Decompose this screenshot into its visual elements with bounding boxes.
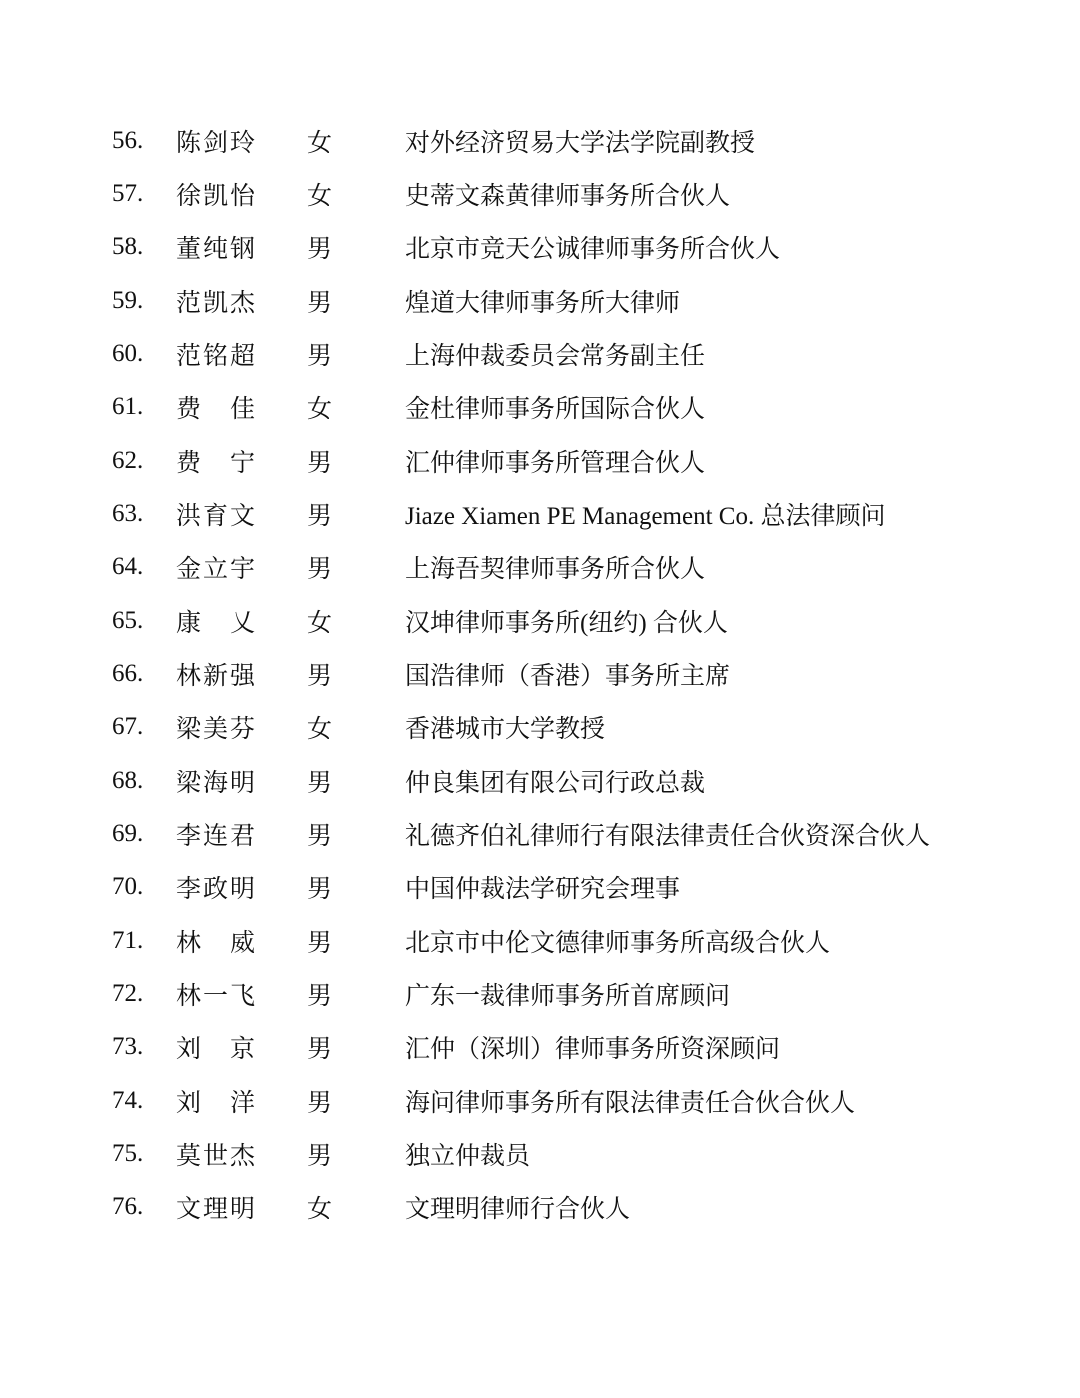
person-title: 国浩律师（香港）事务所主席	[405, 656, 1020, 692]
list-item: 59. 范凯杰 男 煌道大律师事务所大律师	[112, 274, 1020, 327]
person-name: 金立宇	[176, 549, 307, 585]
person-title: 金杜律师事务所国际合伙人	[405, 389, 1020, 425]
list-item: 76. 文理明 女 文理明律师行合伙人	[112, 1181, 1020, 1234]
person-title: 海问律师事务所有限法律责任合伙合伙人	[405, 1083, 1020, 1119]
person-gender: 男	[307, 976, 405, 1012]
person-title: 香港城市大学教授	[405, 709, 1020, 745]
row-number: 61.	[112, 393, 176, 421]
person-name: 李政明	[176, 869, 307, 905]
person-gender: 女	[307, 1189, 405, 1225]
person-name: 梁美芬	[176, 709, 307, 745]
person-gender: 男	[307, 229, 405, 265]
person-gender: 女	[307, 709, 405, 745]
list-item: 69. 李连君 男 礼德齐伯礼律师行有限法律责任合伙资深合伙人	[112, 807, 1020, 860]
person-name: 康 乂	[176, 603, 307, 639]
person-name: 范凯杰	[176, 283, 307, 319]
person-gender: 男	[307, 443, 405, 479]
row-number: 59.	[112, 287, 176, 315]
person-title: 礼德齐伯礼律师行有限法律责任合伙资深合伙人	[405, 816, 1020, 852]
list-item: 71. 林 威 男 北京市中伦文德律师事务所高级合伙人	[112, 914, 1020, 967]
row-number: 71.	[112, 927, 176, 955]
person-gender: 男	[307, 283, 405, 319]
person-title: 仲良集团有限公司行政总裁	[405, 763, 1020, 799]
row-number: 64.	[112, 553, 176, 581]
person-title: 北京市竞天公诚律师事务所合伙人	[405, 229, 1020, 265]
person-title: 上海吾契律师事务所合伙人	[405, 549, 1020, 585]
person-gender: 女	[307, 176, 405, 212]
roster-list: 56. 陈剑玲 女 对外经济贸易大学法学院副教授 57. 徐凯怡 女 史蒂文森黄…	[112, 114, 1020, 1234]
person-name: 梁海明	[176, 763, 307, 799]
person-name: 徐凯怡	[176, 176, 307, 212]
list-item: 57. 徐凯怡 女 史蒂文森黄律师事务所合伙人	[112, 167, 1020, 220]
person-name: 刘 京	[176, 1029, 307, 1065]
list-item: 67. 梁美芬 女 香港城市大学教授	[112, 701, 1020, 754]
person-gender: 男	[307, 656, 405, 692]
person-title: 独立仲裁员	[405, 1136, 1020, 1172]
person-title: 汉坤律师事务所(纽约) 合伙人	[405, 603, 1020, 639]
list-item: 75. 莫世杰 男 独立仲裁员	[112, 1127, 1020, 1180]
person-gender: 女	[307, 389, 405, 425]
person-title: 北京市中伦文德律师事务所高级合伙人	[405, 923, 1020, 959]
person-name: 林一飞	[176, 976, 307, 1012]
person-name: 费 宁	[176, 443, 307, 479]
list-item: 72. 林一飞 男 广东一裁律师事务所首席顾问	[112, 967, 1020, 1020]
person-gender: 男	[307, 816, 405, 852]
list-item: 58. 董纯钢 男 北京市竞天公诚律师事务所合伙人	[112, 221, 1020, 274]
person-title: 史蒂文森黄律师事务所合伙人	[405, 176, 1020, 212]
list-item: 64. 金立宇 男 上海吾契律师事务所合伙人	[112, 541, 1020, 594]
person-name: 莫世杰	[176, 1136, 307, 1172]
person-gender: 男	[307, 549, 405, 585]
person-gender: 女	[307, 603, 405, 639]
row-number: 72.	[112, 980, 176, 1008]
person-gender: 男	[307, 763, 405, 799]
person-name: 范铭超	[176, 336, 307, 372]
row-number: 70.	[112, 873, 176, 901]
row-number: 68.	[112, 767, 176, 795]
list-item: 66. 林新强 男 国浩律师（香港）事务所主席	[112, 647, 1020, 700]
list-item: 60. 范铭超 男 上海仲裁委员会常务副主任	[112, 327, 1020, 380]
row-number: 69.	[112, 820, 176, 848]
person-name: 费 佳	[176, 389, 307, 425]
person-gender: 男	[307, 923, 405, 959]
row-number: 60.	[112, 340, 176, 368]
person-title: 汇仲（深圳）律师事务所资深顾问	[405, 1029, 1020, 1065]
list-item: 65. 康 乂 女 汉坤律师事务所(纽约) 合伙人	[112, 594, 1020, 647]
person-name: 洪育文	[176, 496, 307, 532]
person-name: 林 威	[176, 923, 307, 959]
person-gender: 男	[307, 1029, 405, 1065]
person-title: 煌道大律师事务所大律师	[405, 283, 1020, 319]
list-item: 62. 费 宁 男 汇仲律师事务所管理合伙人	[112, 434, 1020, 487]
person-gender: 男	[307, 336, 405, 372]
list-item: 73. 刘 京 男 汇仲（深圳）律师事务所资深顾问	[112, 1021, 1020, 1074]
person-title: 汇仲律师事务所管理合伙人	[405, 443, 1020, 479]
person-gender: 女	[307, 123, 405, 159]
row-number: 65.	[112, 607, 176, 635]
list-item: 56. 陈剑玲 女 对外经济贸易大学法学院副教授	[112, 114, 1020, 167]
list-item: 74. 刘 洋 男 海问律师事务所有限法律责任合伙合伙人	[112, 1074, 1020, 1127]
document-page: 56. 陈剑玲 女 对外经济贸易大学法学院副教授 57. 徐凯怡 女 史蒂文森黄…	[0, 0, 1080, 1398]
person-gender: 男	[307, 1083, 405, 1119]
row-number: 66.	[112, 660, 176, 688]
person-gender: 男	[307, 1136, 405, 1172]
person-name: 董纯钢	[176, 229, 307, 265]
person-title: 广东一裁律师事务所首席顾问	[405, 976, 1020, 1012]
person-title: 上海仲裁委员会常务副主任	[405, 336, 1020, 372]
person-gender: 男	[307, 869, 405, 905]
person-name: 文理明	[176, 1189, 307, 1225]
row-number: 58.	[112, 233, 176, 261]
person-name: 李连君	[176, 816, 307, 852]
row-number: 73.	[112, 1033, 176, 1061]
person-name: 陈剑玲	[176, 123, 307, 159]
row-number: 75.	[112, 1140, 176, 1168]
list-item: 61. 费 佳 女 金杜律师事务所国际合伙人	[112, 381, 1020, 434]
person-gender: 男	[307, 496, 405, 532]
row-number: 74.	[112, 1087, 176, 1115]
row-number: 62.	[112, 447, 176, 475]
list-item: 70. 李政明 男 中国仲裁法学研究会理事	[112, 861, 1020, 914]
list-item: 63. 洪育文 男 Jiaze Xiamen PE Management Co.…	[112, 487, 1020, 540]
person-title: 对外经济贸易大学法学院副教授	[405, 123, 1020, 159]
person-title: Jiaze Xiamen PE Management Co. 总法律顾问	[405, 496, 1020, 532]
list-item: 68. 梁海明 男 仲良集团有限公司行政总裁	[112, 754, 1020, 807]
row-number: 67.	[112, 713, 176, 741]
person-name: 林新强	[176, 656, 307, 692]
person-name: 刘 洋	[176, 1083, 307, 1119]
row-number: 56.	[112, 127, 176, 155]
person-title: 中国仲裁法学研究会理事	[405, 869, 1020, 905]
row-number: 76.	[112, 1193, 176, 1221]
row-number: 57.	[112, 180, 176, 208]
row-number: 63.	[112, 500, 176, 528]
person-title: 文理明律师行合伙人	[405, 1189, 1020, 1225]
